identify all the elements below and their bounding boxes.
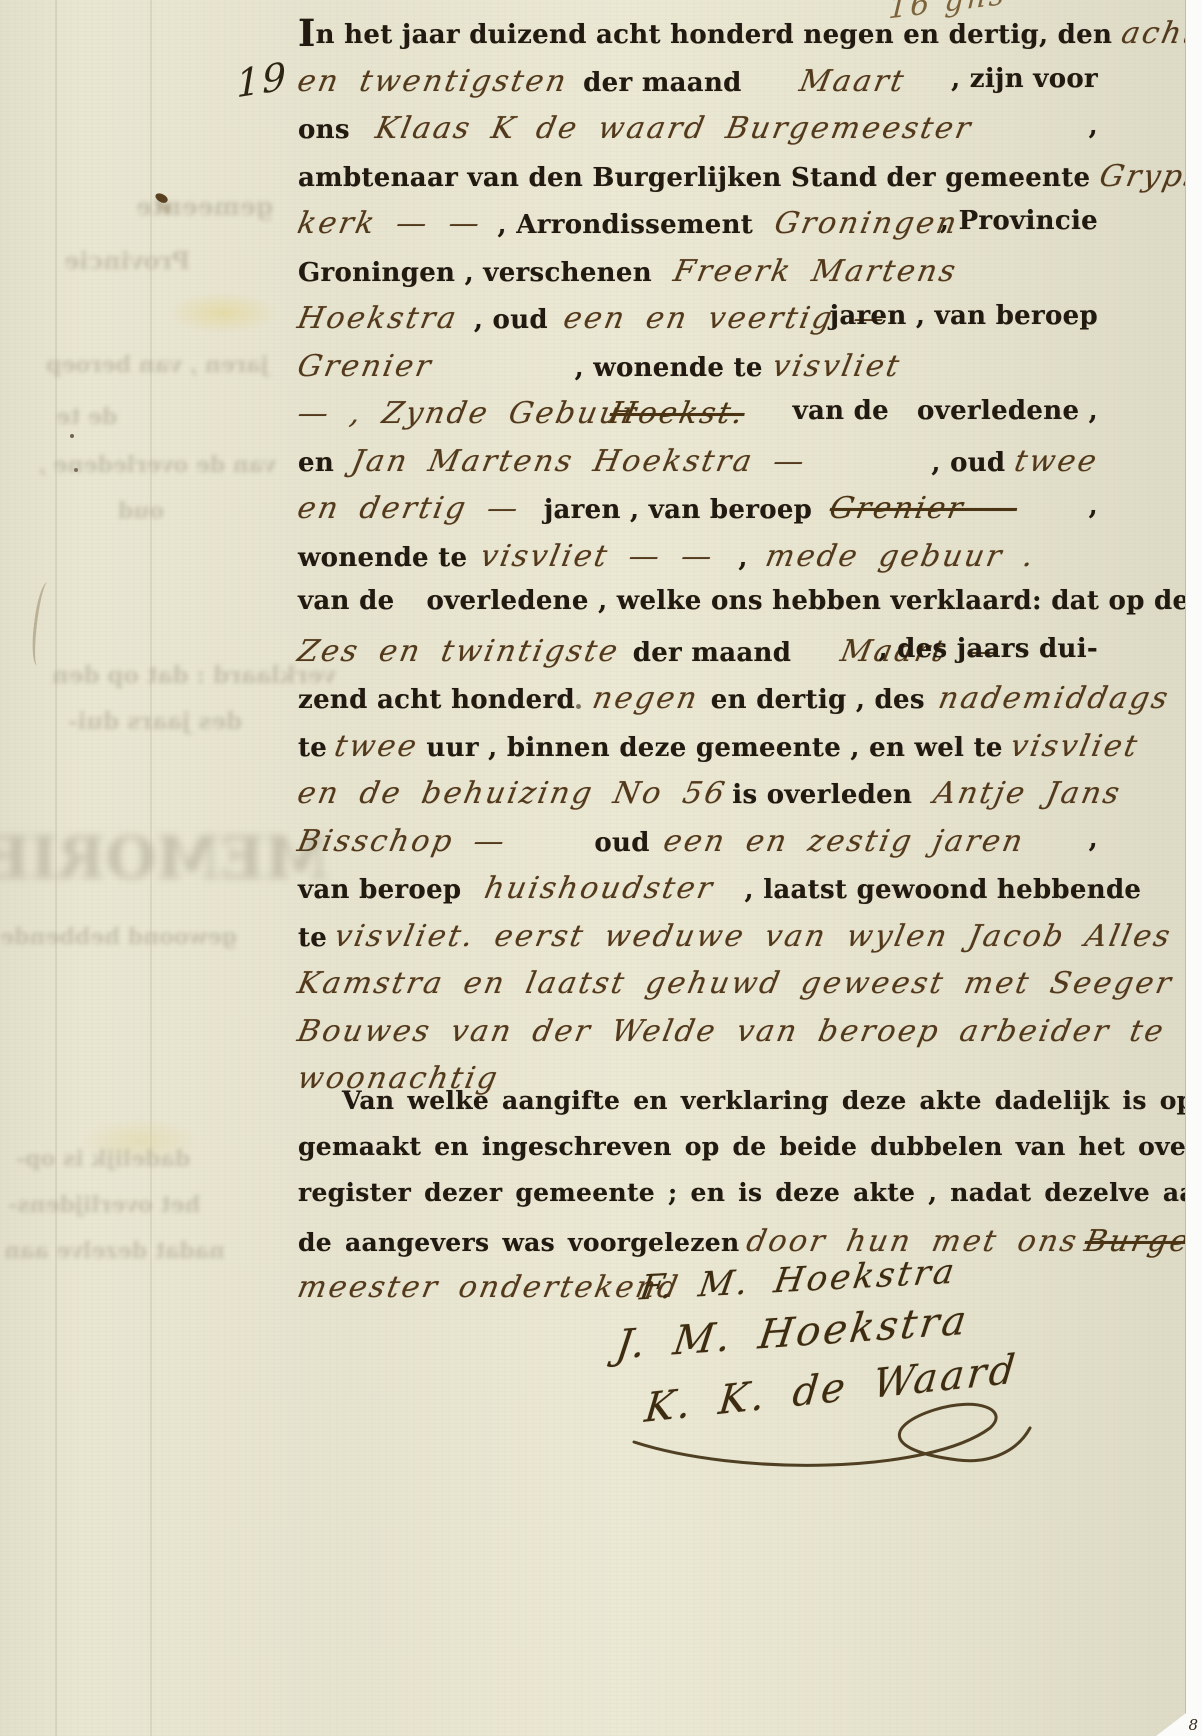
act-line: Grenier, wonende tevisvliet xyxy=(298,349,1098,397)
handwritten-text: visvliet xyxy=(769,349,904,384)
printed-text: , des jaars dui- xyxy=(878,634,1098,664)
printed-text: zend acht honderd xyxy=(298,685,575,715)
printed-text: wonende te xyxy=(298,543,467,573)
printed-text: van de xyxy=(298,586,394,616)
bleedthrough-text: jaren , van beroep xyxy=(46,352,269,378)
handwritten-text: en dertig — xyxy=(295,491,524,526)
printed-text: van beroep xyxy=(298,875,461,905)
handwritten-text: huishoudster xyxy=(482,871,718,906)
bleedthrough-text: de te xyxy=(56,404,117,430)
act-line: tetweeuur , binnen deze gemeente , en we… xyxy=(298,729,1098,777)
printed-text: en dertig , des xyxy=(711,685,925,715)
line-right-text: , zijn voor xyxy=(951,64,1098,94)
bleedthrough-text: gemeente xyxy=(136,192,273,221)
bleedthrough-text: Provincie xyxy=(64,246,190,275)
act-line: en de behuizing No 56is overledenAntje J… xyxy=(298,776,1098,824)
act-line: en twentigsten der maandMaart, zijn voor xyxy=(298,64,1098,112)
printed-text: overledene , welke ons hebben verklaard:… xyxy=(426,586,1202,616)
act-line: van beroephuishoudster, laatst gewoond h… xyxy=(298,871,1098,919)
bleedthrough-text: gewoond hebbende xyxy=(0,924,237,950)
scan-edge-background xyxy=(1185,0,1202,1736)
act-line: Groningen , verschenenFreerk Martens xyxy=(298,254,1098,302)
bleedthrough-text: oud xyxy=(118,498,164,524)
handwritten-text: nademiddags xyxy=(935,681,1172,716)
bleedthrough-text: van de overledene , xyxy=(38,452,276,478)
printed-text: der maand xyxy=(574,68,742,98)
act-line: Bisschop —oudeen en zestig jaren, xyxy=(298,824,1098,872)
line-right-text: , Provincie xyxy=(940,206,1098,236)
act-line: register dezer gemeente ; en is deze akt… xyxy=(298,1178,1098,1224)
printed-text: is overleden xyxy=(732,780,912,810)
act-line: In het jaar duizend acht honderd negen e… xyxy=(298,16,1098,64)
handwritten-text: Klaas K de waard Burgemeester xyxy=(372,111,975,146)
printed-text: overledene , xyxy=(917,396,1098,426)
printed-text: , xyxy=(1089,491,1098,521)
printed-text: oud xyxy=(594,828,649,858)
printed-text: Van welke aangifte en verklaring deze ak… xyxy=(342,1086,1202,1115)
act-line: wonende tevisvliet — —,mede gebuur . xyxy=(298,539,1098,587)
handwritten-text: visvliet xyxy=(1007,729,1142,764)
line-right-text: , des jaars dui- xyxy=(878,634,1098,664)
page-corner xyxy=(1156,1710,1190,1736)
printed-text: uur , binnen deze gemeente , en wel te xyxy=(426,733,1002,763)
handwritten-text: Bisschop — xyxy=(295,824,510,859)
act-line: Zes en twintigste der maandMaart —, des … xyxy=(298,634,1098,682)
printed-text: van de xyxy=(793,396,889,426)
handwritten-text: en twentigsten xyxy=(295,64,572,99)
act-line: enJan Martens Hoekstra —, oud twee xyxy=(298,444,1098,492)
printed-text: , zijn voor xyxy=(951,64,1098,94)
printed-text: gemaakt en ingeschreven op de beide dubb… xyxy=(298,1132,1202,1161)
printed-text: Groningen , verschenen xyxy=(298,258,652,288)
handwritten-text: Bouwes van der Welde van beroep arbeider… xyxy=(295,1014,1202,1049)
bleedthrough-text: des jaars dui- xyxy=(68,708,242,735)
bleedthrough-text: nadat dezelve aan xyxy=(4,1238,225,1264)
handwritten-text: meester ondertekend xyxy=(295,1270,683,1305)
printed-text: , xyxy=(738,543,747,573)
printed-text: de aangevers was voorgelezen xyxy=(298,1228,739,1257)
signature-flourish xyxy=(628,1398,1038,1482)
handwritten-text: negen xyxy=(590,681,703,716)
printed-text: n het jaar duizend acht honderd negen en… xyxy=(316,20,1122,50)
handwritten-text: Antje Jans xyxy=(931,776,1125,811)
handwritten-text: Grenier xyxy=(295,349,436,384)
bleedthrough-text: dadelijk is op- xyxy=(16,1146,190,1172)
printed-text: , Arrondissement xyxy=(498,210,754,240)
line-right-text: , oud twee xyxy=(931,444,1098,479)
act-line: — , Zynde GebuurHoekst.van deoverledene … xyxy=(298,396,1098,444)
handwritten-text: en de behuizing No 56 xyxy=(295,776,730,811)
act-line: tevisvliet. eerst weduwe van wylen Jacob… xyxy=(298,919,1098,967)
handwritten-text: — , Zynde Gebuur xyxy=(295,396,642,431)
handwritten-text: twee xyxy=(332,729,422,764)
line-right-text: van deoverledene , xyxy=(793,396,1098,426)
handwritten-text-struck: Grenier — xyxy=(827,491,1021,526)
printed-text: I xyxy=(298,11,316,55)
printed-text: ons xyxy=(298,115,350,145)
bleedthrough-text: verklaard : dat op den xyxy=(52,662,336,689)
line-right-text: , xyxy=(1089,824,1098,854)
printed-text: ambtenaar van den Burgerlijken Stand der… xyxy=(298,163,1100,193)
act-line: Bouwes van der Welde van beroep arbeider… xyxy=(298,1014,1098,1062)
printed-text: , wonende te xyxy=(575,353,763,383)
line-right-text: jaren , van beroep xyxy=(830,301,1098,331)
handwritten-text-struck: Burge xyxy=(1081,1224,1193,1259)
handwritten-text: Kamstra en laatst gehuwd geweest met See… xyxy=(295,966,1177,1001)
act-line: onsKlaas K de waard Burgemeester, xyxy=(298,111,1098,159)
act-text-body: In het jaar duizend acht honderd negen e… xyxy=(298,16,1098,1109)
act-line: kerk — —, ArrondissementGroningen, Provi… xyxy=(298,206,1098,254)
printed-text: jaren , van beroep xyxy=(830,301,1098,331)
handwritten-text: Maart xyxy=(796,64,908,99)
bleedthrough-text: MEMORIE xyxy=(0,824,329,892)
death-certificate-scan: gemeenteProvinciejaren , van beroepde te… xyxy=(0,0,1202,1736)
handwritten-text: kerk — — xyxy=(295,206,485,241)
handwritten-text: een en zestig jaren xyxy=(660,824,1027,859)
handwritten-text: Jan Martens Hoekstra — xyxy=(349,444,810,479)
printed-text: jaren , van beroep xyxy=(544,495,812,525)
handwritten-text: visvliet — — xyxy=(478,539,718,574)
act-line: Hoekstra, oudeen en veertig —jaren , van… xyxy=(298,301,1098,349)
handwritten-text: mede gebuur . xyxy=(762,539,1038,574)
printed-text: register dezer gemeente ; en is deze akt… xyxy=(298,1178,1202,1207)
handwritten-text: Groningen xyxy=(772,206,962,241)
handwritten-text: Zes en twintigste xyxy=(295,634,623,669)
printed-text: , laatst gewoond hebbende xyxy=(745,875,1142,905)
printed-text: , oud xyxy=(931,448,1014,478)
act-line: en dertig —jaren , van beroepGrenier —, xyxy=(298,491,1098,539)
printed-text: te xyxy=(298,733,327,763)
handwritten-text: Hoekstra xyxy=(295,301,462,336)
handwritten-text: visvliet. eerst weduwe van wylen Jacob A… xyxy=(332,919,1176,954)
act-line: ambtenaar van den Burgerlijken Stand der… xyxy=(298,159,1098,207)
act-line: de aangevers was voorgelezendoor hun met… xyxy=(298,1224,1098,1270)
handwritten-text: twee xyxy=(1011,444,1101,479)
bleedthrough-text: het overlijdens- xyxy=(8,1192,200,1218)
printed-text: , xyxy=(1089,111,1098,141)
printed-text: , xyxy=(1089,824,1098,854)
printed-text: , oud xyxy=(474,305,548,335)
paper-stain xyxy=(168,292,278,334)
ink-speck xyxy=(70,434,74,438)
margin-entry-number: 19 xyxy=(236,54,288,107)
stray-pen-stroke xyxy=(29,581,56,666)
act-line: gemaakt en ingeschreven op de beide dubb… xyxy=(298,1132,1098,1178)
handwritten-text: Freerk Martens xyxy=(671,254,961,289)
printed-text: en xyxy=(298,448,334,478)
act-line: van deoverledene , welke ons hebben verk… xyxy=(298,586,1098,634)
act-line: Kamstra en laatst gehuwd geweest met See… xyxy=(298,966,1098,1014)
printed-text: te xyxy=(298,923,327,953)
printed-text: der maand xyxy=(623,638,791,668)
act-line: zend acht honderdnegenen dertig , desnad… xyxy=(298,681,1098,729)
act-line: Van welke aangifte en verklaring deze ak… xyxy=(298,1086,1098,1132)
line-right-text: , xyxy=(1089,111,1098,141)
printed-text: , Provincie xyxy=(940,206,1098,236)
handwritten-text-struck: Hoekst. xyxy=(607,396,748,431)
corner-mark: 8 xyxy=(1188,1716,1198,1734)
line-right-text: , xyxy=(1089,491,1098,521)
